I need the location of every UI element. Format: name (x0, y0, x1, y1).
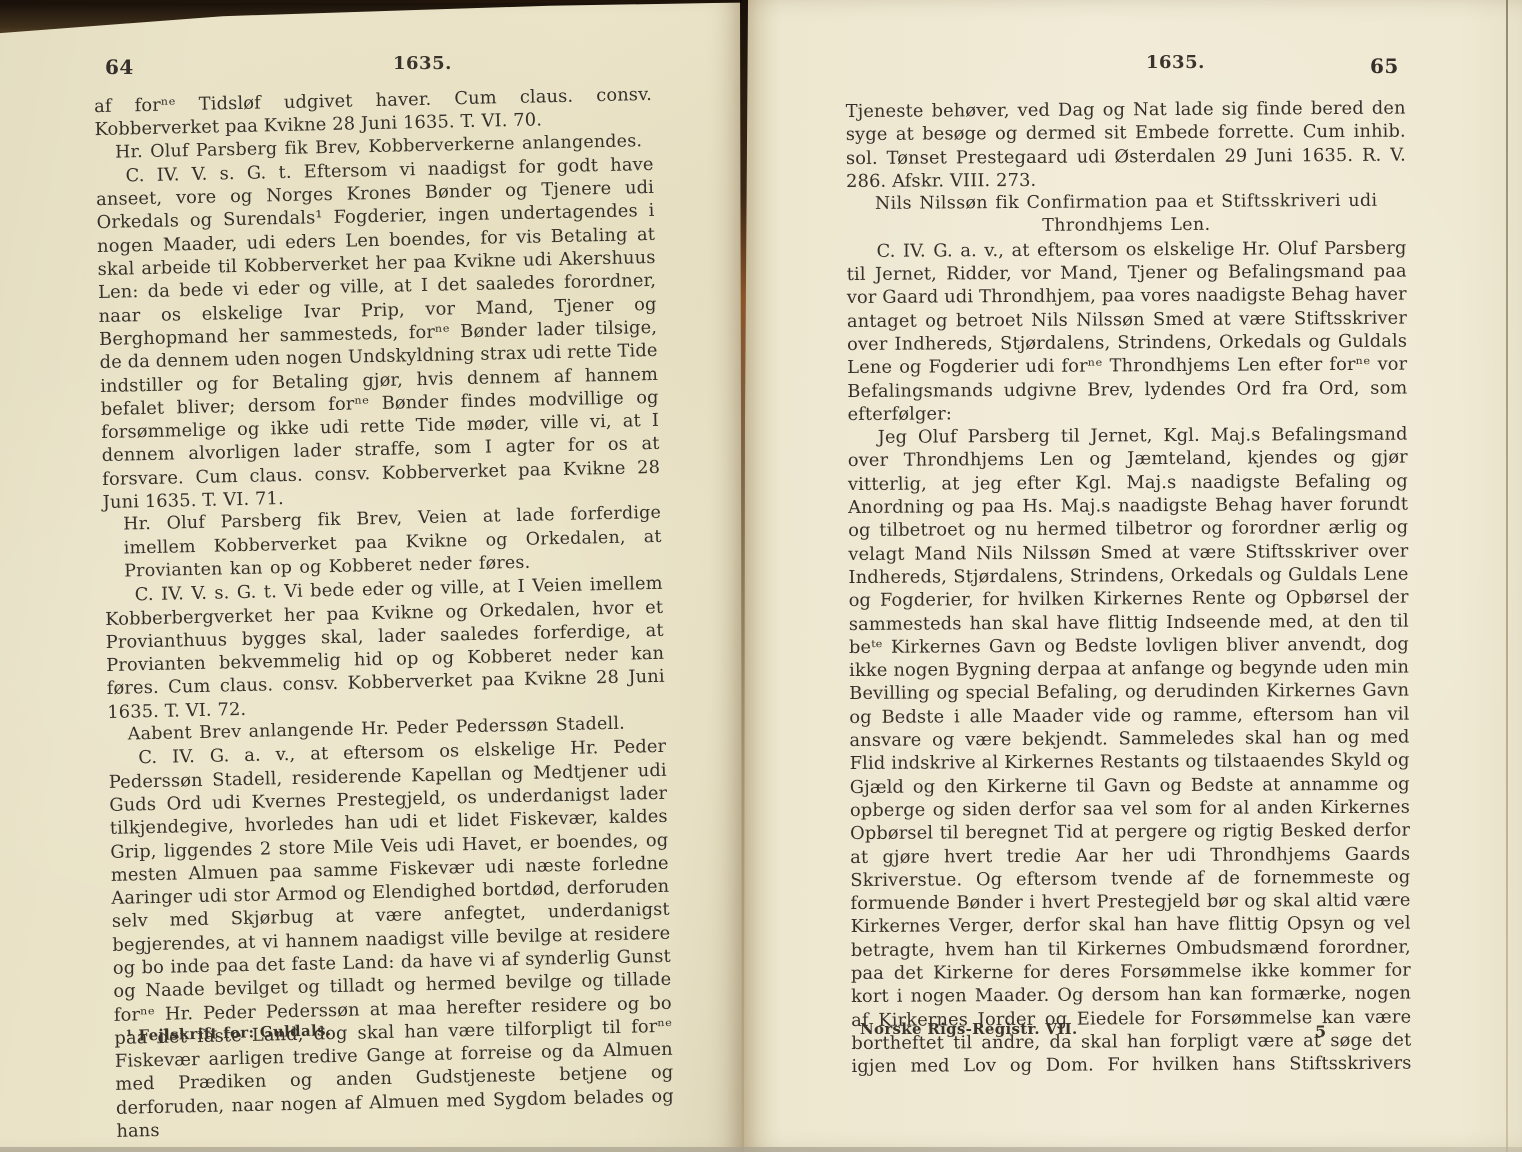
right-text-column: Tjeneste behøver, ved Dag og Nat lade si… (846, 97, 1412, 1079)
right-page-number: 65 (1370, 54, 1399, 78)
left-text-column: af forⁿᵉ Tidsløf udgivet haver. Cum clau… (94, 83, 675, 1143)
left-page-number: 64 (105, 55, 134, 79)
book-scan: { "left_page": { "page_number": "64", "r… (0, 0, 1522, 1152)
sheet-number: 5 (1315, 1022, 1326, 1041)
paragraph: Tjeneste behøver, ved Dag og Nat lade si… (846, 97, 1407, 194)
paragraph: C. IV. G. a. v., at eftersom os elskelig… (108, 735, 675, 1143)
left-running-head: 1635. (393, 53, 452, 74)
top-edge-hairline (0, 0, 742, 3)
paragraph: C. IV. V. s. G. t. Vi bede eder og ville… (105, 572, 666, 724)
right-running-head: 1635. (1146, 52, 1205, 73)
paragraph: C. IV. G. a. v., at eftersom os elskelig… (846, 236, 1407, 426)
right-page: 1635. 65 Tjeneste behøver, ved Dag og Na… (742, 0, 1522, 1152)
paragraph: Jeg Oluf Parsberg til Jernet, Kgl. Maj.s… (848, 423, 1412, 1079)
left-page: 64 1635. af forⁿᵉ Tidsløf udgivet haver.… (0, 0, 742, 1152)
entry-heading: Hr. Oluf Parsberg fik Brev, Veien at lad… (103, 502, 662, 584)
paragraph: C. IV. V. s. G. t. Eftersom vi naadigst … (95, 153, 660, 515)
page-edge-line (1506, 0, 1508, 1152)
signature-line: Norske Rigs-Registr. VII. 5 (742, 1020, 1522, 1044)
gutter-binding-shadow (728, 0, 758, 1152)
entry-heading-centered: Nils Nilssøn fik Confirmation paa et Sti… (846, 190, 1406, 240)
volume-signature: Norske Rigs-Registr. VII. (860, 1020, 1077, 1038)
bottom-edge-strip (0, 1147, 1522, 1152)
